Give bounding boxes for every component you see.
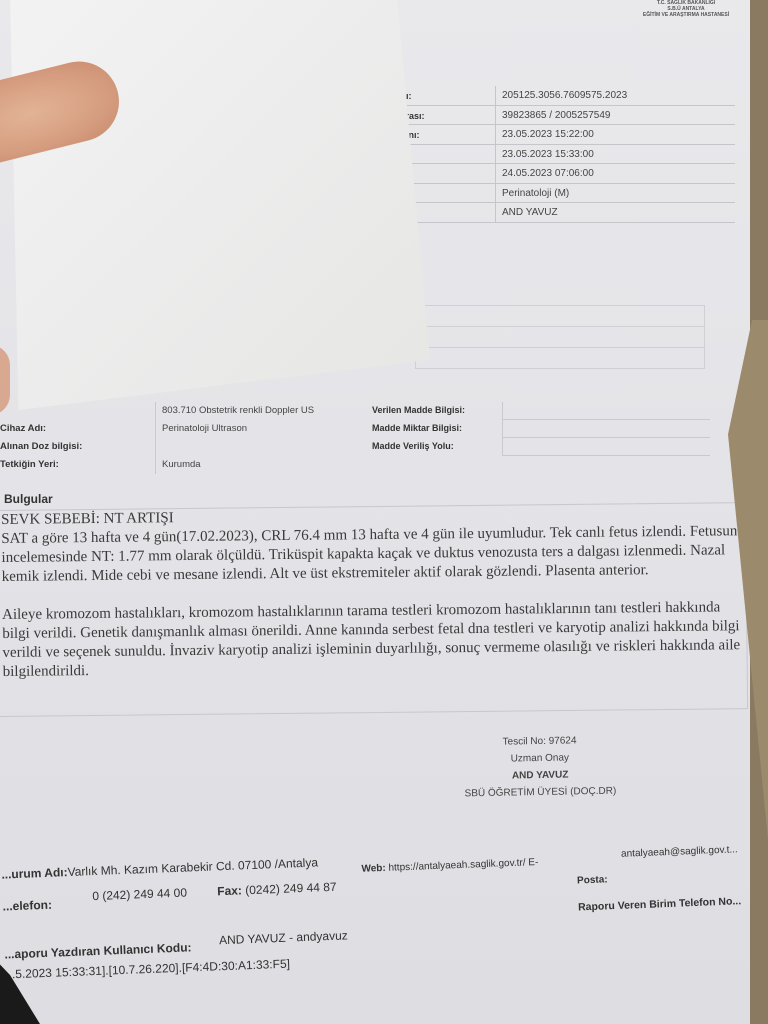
findings-paragraph-1: SAT a göre 13 hafta ve 4 gün(17.02.2023)… (0, 522, 746, 587)
hospital-header: T.C. SAĞLIK BAKANLIĞI S.B.Ü ANTALYA EĞİT… (626, 0, 746, 18)
findings-title: Bulgular (4, 492, 53, 506)
report-footer: ...urum Adı:Varlık Mh. Kazım Karabekir C… (0, 809, 764, 1008)
header-line: EĞİTİM VE ARAŞTIRMA HASTANESİ (626, 12, 746, 18)
findings-box: SEVK SEBEBİ: NT ARTIŞI SAT a göre 13 haf… (0, 502, 748, 717)
substance-label: Verilen Madde Bilgisi: (362, 402, 502, 420)
info-row-service: Servis: Perinatoloji (M) (385, 184, 735, 204)
unit-phone-label: Raporu Veren Birim Telefon No... (578, 895, 742, 913)
email-link[interactable]: antalyaeah@saglik.gov.t... (621, 844, 738, 859)
institution-address: Varlık Mh. Kazım Karabekir Cd. 07100 /An… (67, 855, 318, 879)
device-row: 803.710 Obstetrik renkli Doppler US Veri… (0, 402, 710, 420)
device-label: Alınan Doz bilgisi: (0, 438, 155, 456)
web-label: Web: (361, 863, 386, 875)
empty-box (415, 327, 705, 348)
info-value: AND YAVUZ (495, 203, 735, 222)
substance-label: Madde Miktar Bilgisi: (362, 420, 502, 438)
email-label: E- (528, 857, 538, 868)
device-value: Kurumda (155, 456, 362, 474)
signature-block: Tescil No: 97624 Uzman Onay AND YAVUZ SB… (429, 731, 650, 803)
empty-box (415, 348, 705, 369)
printer-user-label: ...aporu Yazdıran Kullanıcı Kodu: (4, 940, 192, 961)
info-value: 205125.3056.7609575.2023 (495, 86, 735, 105)
empty-form-boxes (415, 305, 705, 369)
device-info-table: 803.710 Obstetrik renkli Doppler US Veri… (0, 402, 710, 474)
fax-label: Fax: (217, 883, 242, 898)
empty-box (415, 305, 705, 327)
device-label: Tetkiğin Yeri: (0, 456, 155, 474)
substance-label: Madde Veriliş Yolu: (362, 438, 502, 456)
info-row-time: Zamanı: 23.05.2023 15:22:00 (385, 125, 735, 145)
email-label-2: Posta: (577, 874, 608, 886)
info-value: 39823865 / 2005257549 (495, 106, 735, 125)
doctor-title: SBÜ ÖĞRETİM ÜYESİ (DOÇ.DR) (430, 782, 650, 803)
fax-value: (0242) 249 44 87 (245, 880, 337, 897)
findings-paragraph-2: Aileye kromozom hastalıkları, kromozom h… (0, 598, 747, 682)
device-row: Alınan Doz bilgisi: Madde Veriliş Yolu: (0, 438, 710, 456)
device-value (155, 438, 362, 456)
printer-user-value: AND YAVUZ - andyavuz (219, 928, 348, 947)
institution-label: ...urum Adı: (1, 865, 68, 882)
info-row-time-2: 23.05.2023 15:33:00 (385, 145, 735, 165)
substance-value (502, 438, 710, 456)
info-value: 24.05.2023 07:06:00 (495, 164, 735, 183)
info-row-number: ...marası: 39823865 / 2005257549 (385, 106, 735, 126)
info-value: 23.05.2023 15:22:00 (495, 125, 735, 144)
device-value: Perinatoloji Ultrason (155, 420, 362, 438)
info-value: 23.05.2023 15:33:00 (495, 145, 735, 164)
info-row-physician: Hekim: AND YAVUZ (385, 203, 735, 223)
web-link[interactable]: https://antalyaeah.saglik.gov.tr/ (388, 857, 525, 873)
info-row-protocol: ...rası: 205125.3056.7609575.2023 (385, 86, 735, 106)
device-row: Tetkiğin Yeri: Kurumda (0, 456, 710, 474)
info-value: Perinatoloji (M) (495, 184, 735, 203)
substance-value (502, 420, 710, 438)
substance-value (502, 402, 710, 420)
device-row: Cihaz Adı: Perinatoloji Ultrason Madde M… (0, 420, 710, 438)
phone-value: 0 (242) 249 44 00 (92, 885, 187, 903)
info-row-date: ...rihi: 24.05.2023 07:06:00 (385, 164, 735, 184)
device-label: Cihaz Adı: (0, 420, 155, 438)
print-stamp: ...5.2023 15:33:31].[10.7.26.220].[F4:4D… (5, 957, 290, 982)
patient-info-table: ...rası: 205125.3056.7609575.2023 ...mar… (385, 86, 735, 223)
phone-label: ...elefon: (2, 898, 52, 914)
device-value: 803.710 Obstetrik renkli Doppler US (155, 402, 362, 420)
